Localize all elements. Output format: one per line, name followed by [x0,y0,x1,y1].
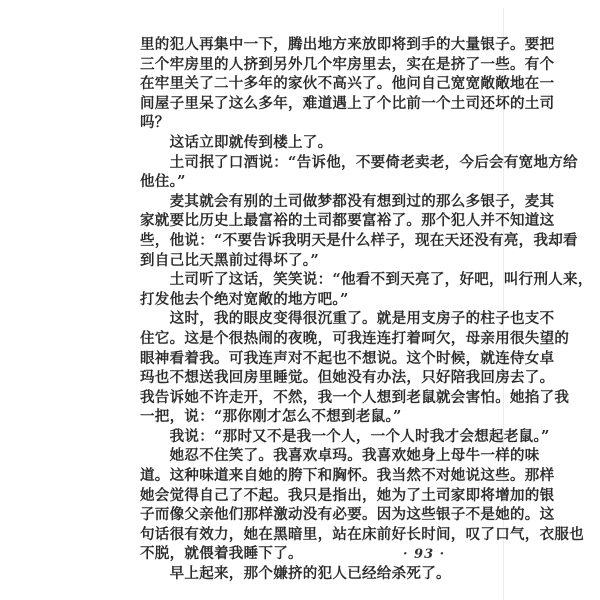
text-line: 三个牢房里的人挤到另外几个牢房里去，实在是挤了一些。有个 [140,55,444,75]
text-line: 在牢里关了二十多年的家伙不高兴了。他问自己宽宽敞敞地在一 [140,74,444,94]
text-line: 住它。这是个很热闹的夜晚，可我连连打着呵欠，母亲用很失望的 [140,329,444,349]
text-line: 不脱，就偎着我睡下了。 [140,544,444,564]
page-number: · 93 · [403,547,445,562]
text-line: 子而像父亲他们那样激动没有必要。因为这些银子不是她的。这 [140,505,444,525]
body-text: 里的犯人再集中一下，腾出地方来放即将到手的大量银子。要把 三个牢房里的人挤到另外… [140,35,444,584]
text-line: 我告诉她不许走开，不然，我一个人想到老鼠就会害怕。她掐了我 [140,388,444,408]
text-line: 她会觉得自己了不起。我只是指出，她为了土司家即将增加的银 [140,486,444,506]
text-line: 里的犯人再集中一下，腾出地方来放即将到手的大量银子。要把 [140,35,444,55]
text-line: 打发他去个绝对宽敞的地方吧。” [140,290,444,310]
text-line: 玛也不想送我回房里睡觉。但她没有办法，只好陪我回房去了。 [140,368,444,388]
text-line: 我说：“那时又不是我一个人，一个人时我才会想起老鼠。” [140,427,444,447]
text-line: 吗？ [140,113,444,133]
text-line: 一把，说：“那你刚才怎么不想到老鼠。” [140,407,444,427]
text-line: 麦其就会有别的土司做梦都没有想到过的那么多银子，麦其 [140,192,444,212]
text-line: 她忍不住笑了。我喜欢卓玛。我喜欢她身上母牛一样的味 [140,446,444,466]
text-line: 道。这种味道来自她的胯下和胸怀。我当然不对她说这些。那样 [140,466,444,486]
text-line: 眼神看着我。可我连声对不起也不想说。这个时候，就连侍女卓 [140,349,444,369]
text-line: 句话很有效力，她在黑暗里，站在床前好长时间，叹了口气，衣服也 [140,525,444,545]
text-line: 土司听了这话，笑笑说：“他看不到天亮了，好吧，叫行刑人来， [140,270,444,290]
text-line: 这话立即就传到楼上了。 [140,133,444,153]
book-page: 里的犯人再集中一下，腾出地方来放即将到手的大量银子。要把 三个牢房里的人挤到另外… [0,0,600,600]
text-line: 他住。” [140,172,444,192]
text-line: 这时，我的眼皮变得很沉重了。就是用支房子的柱子也支不 [140,309,444,329]
text-line: 早上起来，那个嫌挤的犯人已经给杀死了。 [140,564,444,584]
text-line: 间屋子里呆了这么多年，难道遇上了个比前一个土司还坏的土司 [140,94,444,114]
text-line: 土司抿了口酒说：“告诉他，不要倚老卖老，今后会有宽地方给 [140,153,444,173]
text-line: 些，他说：“不要告诉我明天是什么样子，现在天还没有亮，我却看 [140,231,444,251]
text-line: 到自己比天黑前过得坏了。” [140,251,444,271]
text-line: 家就要比历史上最富裕的土司都要富裕了。那个犯人并不知道这 [140,211,444,231]
